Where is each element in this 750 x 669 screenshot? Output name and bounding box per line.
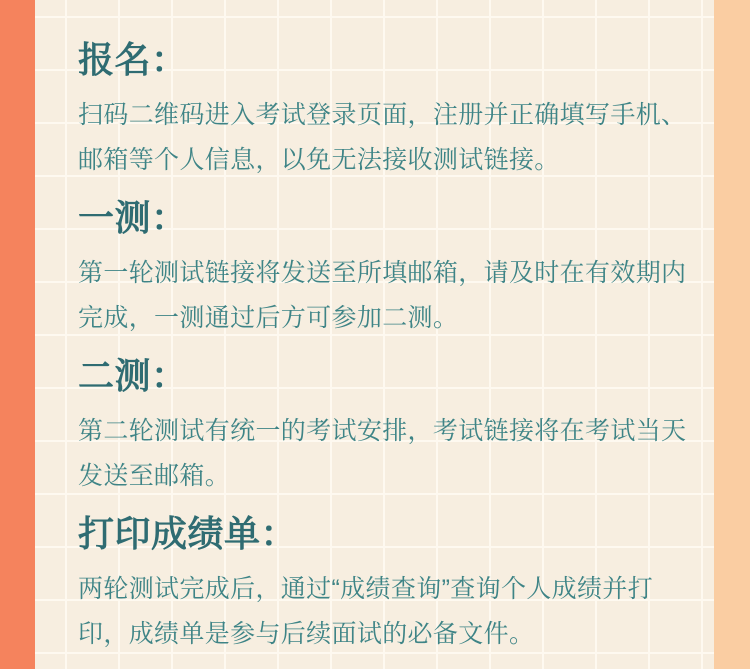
left-border-bar	[0, 0, 35, 669]
registration-body: 扫码二维码进入考试登录页面，注册并正确填写手机、 邮箱等个人信息，以免无法接收测…	[78, 93, 692, 183]
second-test-body: 第二轮测试有统一的考试安排，考试链接将在考试当天 发送至邮箱。	[78, 409, 692, 499]
exam-instructions-page: 报名： 扫码二维码进入考试登录页面，注册并正确填写手机、 邮箱等个人信息，以免无…	[0, 0, 750, 669]
first-test-body-line-2: 完成，一测通过后方可参加二测。	[78, 304, 458, 332]
print-score-report-body: 两轮测试完成后，通过“成绩查询”查询个人成绩并打 印，成绩单是参与后续面试的必备…	[78, 567, 692, 657]
print-score-report-body-line-1: 两轮测试完成后，通过“成绩查询”查询个人成绩并打	[78, 575, 653, 603]
right-border-bar	[714, 0, 750, 669]
section-first-test: 一测： 第一轮测试链接将发送至所填邮箱，请及时在有效期内 完成，一测通过后方可参…	[78, 198, 692, 341]
first-test-body: 第一轮测试链接将发送至所填邮箱，请及时在有效期内 完成，一测通过后方可参加二测。	[78, 251, 692, 341]
registration-heading: 报名：	[78, 40, 692, 80]
first-test-heading: 一测：	[78, 198, 692, 238]
second-test-heading: 二测：	[78, 356, 692, 396]
second-test-body-line-2: 发送至邮箱。	[78, 462, 230, 490]
registration-body-line-1: 扫码二维码进入考试登录页面，注册并正确填写手机、	[78, 101, 686, 129]
content-area: 报名： 扫码二维码进入考试登录页面，注册并正确填写手机、 邮箱等个人信息，以免无…	[78, 0, 692, 669]
print-score-report-body-line-2: 印，成绩单是参与后续面试的必备文件。	[78, 620, 534, 648]
section-registration: 报名： 扫码二维码进入考试登录页面，注册并正确填写手机、 邮箱等个人信息，以免无…	[78, 40, 692, 183]
section-second-test: 二测： 第二轮测试有统一的考试安排，考试链接将在考试当天 发送至邮箱。	[78, 356, 692, 499]
first-test-body-line-1: 第一轮测试链接将发送至所填邮箱，请及时在有效期内	[78, 259, 686, 287]
second-test-body-line-1: 第二轮测试有统一的考试安排，考试链接将在考试当天	[78, 417, 686, 445]
print-score-report-heading: 打印成绩单：	[78, 514, 692, 554]
section-print-score-report: 打印成绩单： 两轮测试完成后，通过“成绩查询”查询个人成绩并打 印，成绩单是参与…	[78, 514, 692, 657]
registration-body-line-2: 邮箱等个人信息，以免无法接收测试链接。	[78, 146, 560, 174]
